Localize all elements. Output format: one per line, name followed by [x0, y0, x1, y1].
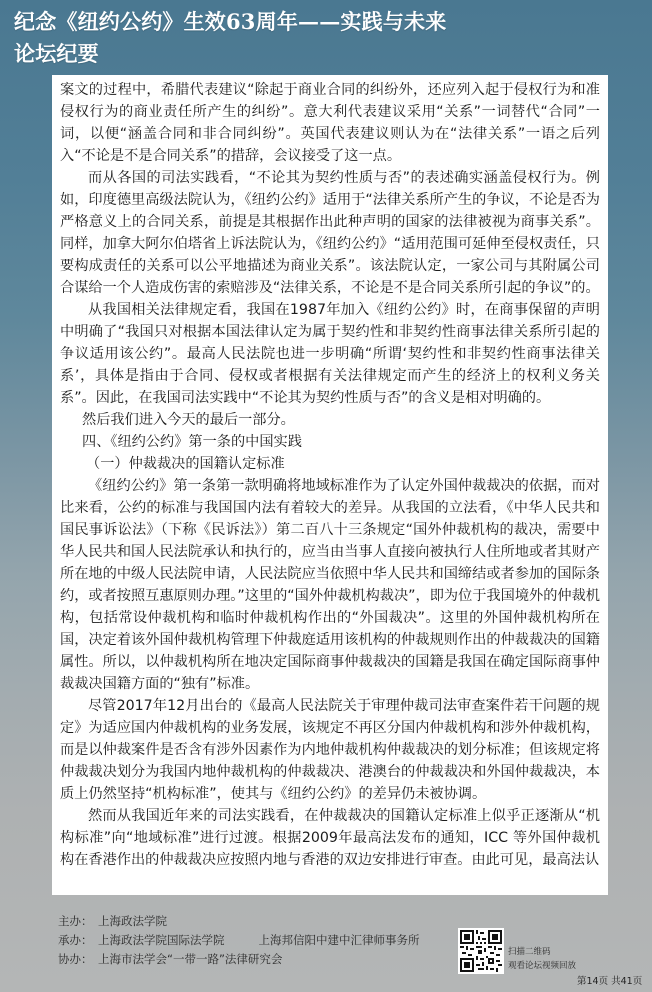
paragraph: 尽管2017年12月出台的《最高人民法院关于审理仲裁司法审查案件若干问题的规定》… — [60, 695, 600, 805]
qr-code-icon[interactable] — [458, 928, 504, 974]
host-row: 主办：上海政法学院 — [58, 912, 420, 931]
qr-caption: 扫描二维码 观看论坛视频回放 — [508, 945, 576, 973]
section-heading: 四、《纽约公约》第一条的中国实践 — [60, 431, 600, 453]
paragraph-continuation: 案文的过程中，希腊代表建议“除起于商业合同的纠纷外，还应列入起于侵权行为和准侵权… — [60, 79, 600, 167]
qr-caption-line2: 观看论坛视频回放 — [508, 959, 576, 973]
paragraph-transition: 然后我们进入今天的最后一部分。 — [60, 409, 600, 431]
page-indicator: 第14页 共41页 — [577, 973, 642, 987]
host-value: 上海政法学院 — [98, 914, 167, 928]
co-organizer-value: 上海市法学会“一带一路”法律研究会 — [98, 952, 282, 966]
paragraph: 而从各国的司法实践看，“不论其为契约性质与否”的表述确实涵盖侵权行为。例如，印度… — [60, 167, 600, 299]
organizer-label: 承办： — [58, 931, 98, 950]
paragraph: 然而从我国近年来的司法实践看，在仲裁裁决的国籍认定标准上似乎正逐渐从“机构标准”… — [60, 805, 600, 871]
qr-caption-line1: 扫描二维码 — [508, 945, 576, 959]
forum-title: 纪念《纽约公约》生效63周年——实践与未来 — [14, 6, 446, 38]
forum-subtitle: 论坛纪要 — [14, 38, 446, 70]
co-organizer-label: 协办： — [58, 950, 98, 969]
subsection-heading: （一）仲裁裁决的国籍认定标准 — [60, 453, 600, 475]
document-page: 案文的过程中，希腊代表建议“除起于商业合同的纠纷外，还应列入起于侵权行为和准侵权… — [52, 75, 608, 895]
page-header: 纪念《纽约公约》生效63周年——实践与未来 论坛纪要 — [14, 6, 446, 70]
host-label: 主办： — [58, 912, 98, 931]
paragraph: 从我国相关法律规定看，我国在1987年加入《纽约公约》时，在商事保留的声明中明确… — [60, 299, 600, 409]
organizer-row: 承办：上海政法学院国际法学院上海邦信阳中建中汇律师事务所 — [58, 931, 420, 950]
co-organizer-row: 协办：上海市法学会“一带一路”法律研究会 — [58, 950, 420, 969]
organizer-value-2: 上海邦信阳中建中汇律师事务所 — [259, 933, 420, 947]
paragraph: 《纽约公约》第一条第一款明确将地域标准作为了认定外国仲裁裁决的依据，而对比来看，… — [60, 475, 600, 695]
organizer-credits: 主办：上海政法学院 承办：上海政法学院国际法学院上海邦信阳中建中汇律师事务所 协… — [58, 912, 420, 969]
organizer-value-1: 上海政法学院国际法学院 — [98, 933, 225, 947]
